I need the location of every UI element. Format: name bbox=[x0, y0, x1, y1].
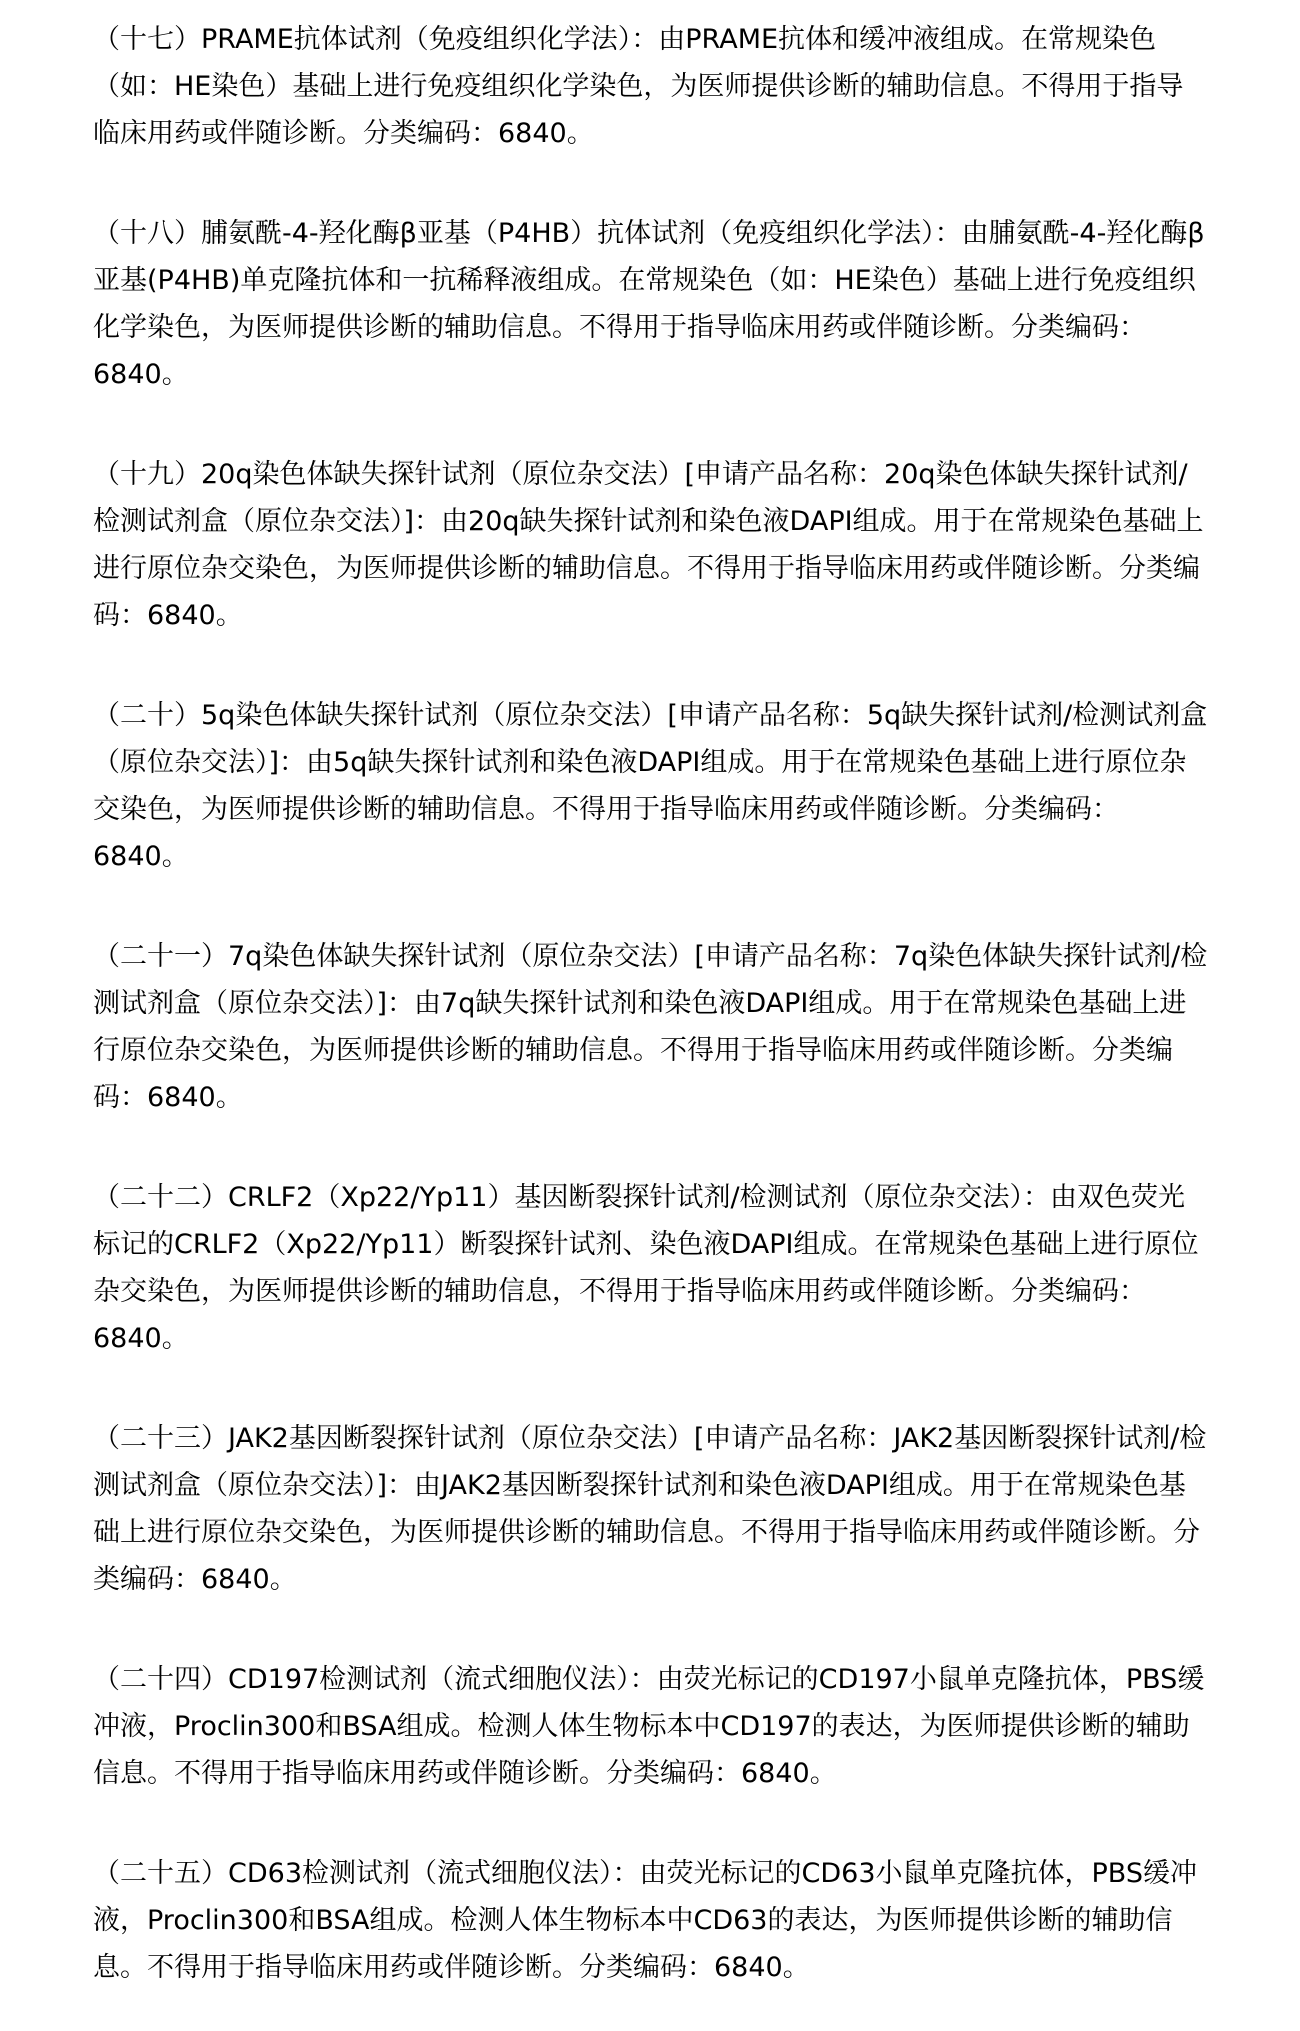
paragraph-18: （十八）脯氨酰-4-羟化酶β亚基（P4HB）抗体试剂（免疫组织化学法）：由脯氨酰… bbox=[93, 210, 1210, 398]
paragraph-21: （二十一）7q染色体缺失探针试剂（原位杂交法）[申请产品名称：7q染色体缺失探针… bbox=[93, 933, 1210, 1121]
paragraph-24: （二十四）CD197检测试剂（流式细胞仪法）：由荧光标记的CD197小鼠单克隆抗… bbox=[93, 1656, 1210, 1797]
document-page: （十七）PRAME抗体试剂（免疫组织化学法）：由PRAME抗体和缓冲液组成。在常… bbox=[0, 0, 1300, 2031]
paragraph-23: （二十三）JAK2基因断裂探针试剂（原位杂交法）[申请产品名称：JAK2基因断裂… bbox=[93, 1415, 1210, 1603]
paragraph-19: （十九）20q染色体缺失探针试剂（原位杂交法）[申请产品名称：20q染色体缺失探… bbox=[93, 451, 1210, 639]
paragraph-20: （二十）5q染色体缺失探针试剂（原位杂交法）[申请产品名称：5q缺失探针试剂/检… bbox=[93, 692, 1210, 880]
paragraph-17: （十七）PRAME抗体试剂（免疫组织化学法）：由PRAME抗体和缓冲液组成。在常… bbox=[93, 16, 1210, 157]
paragraph-25: （二十五）CD63检测试剂（流式细胞仪法）：由荧光标记的CD63小鼠单克隆抗体，… bbox=[93, 1850, 1210, 1991]
paragraph-22: （二十二）CRLF2（Xp22/Yp11）基因断裂探针试剂/检测试剂（原位杂交法… bbox=[93, 1174, 1210, 1362]
